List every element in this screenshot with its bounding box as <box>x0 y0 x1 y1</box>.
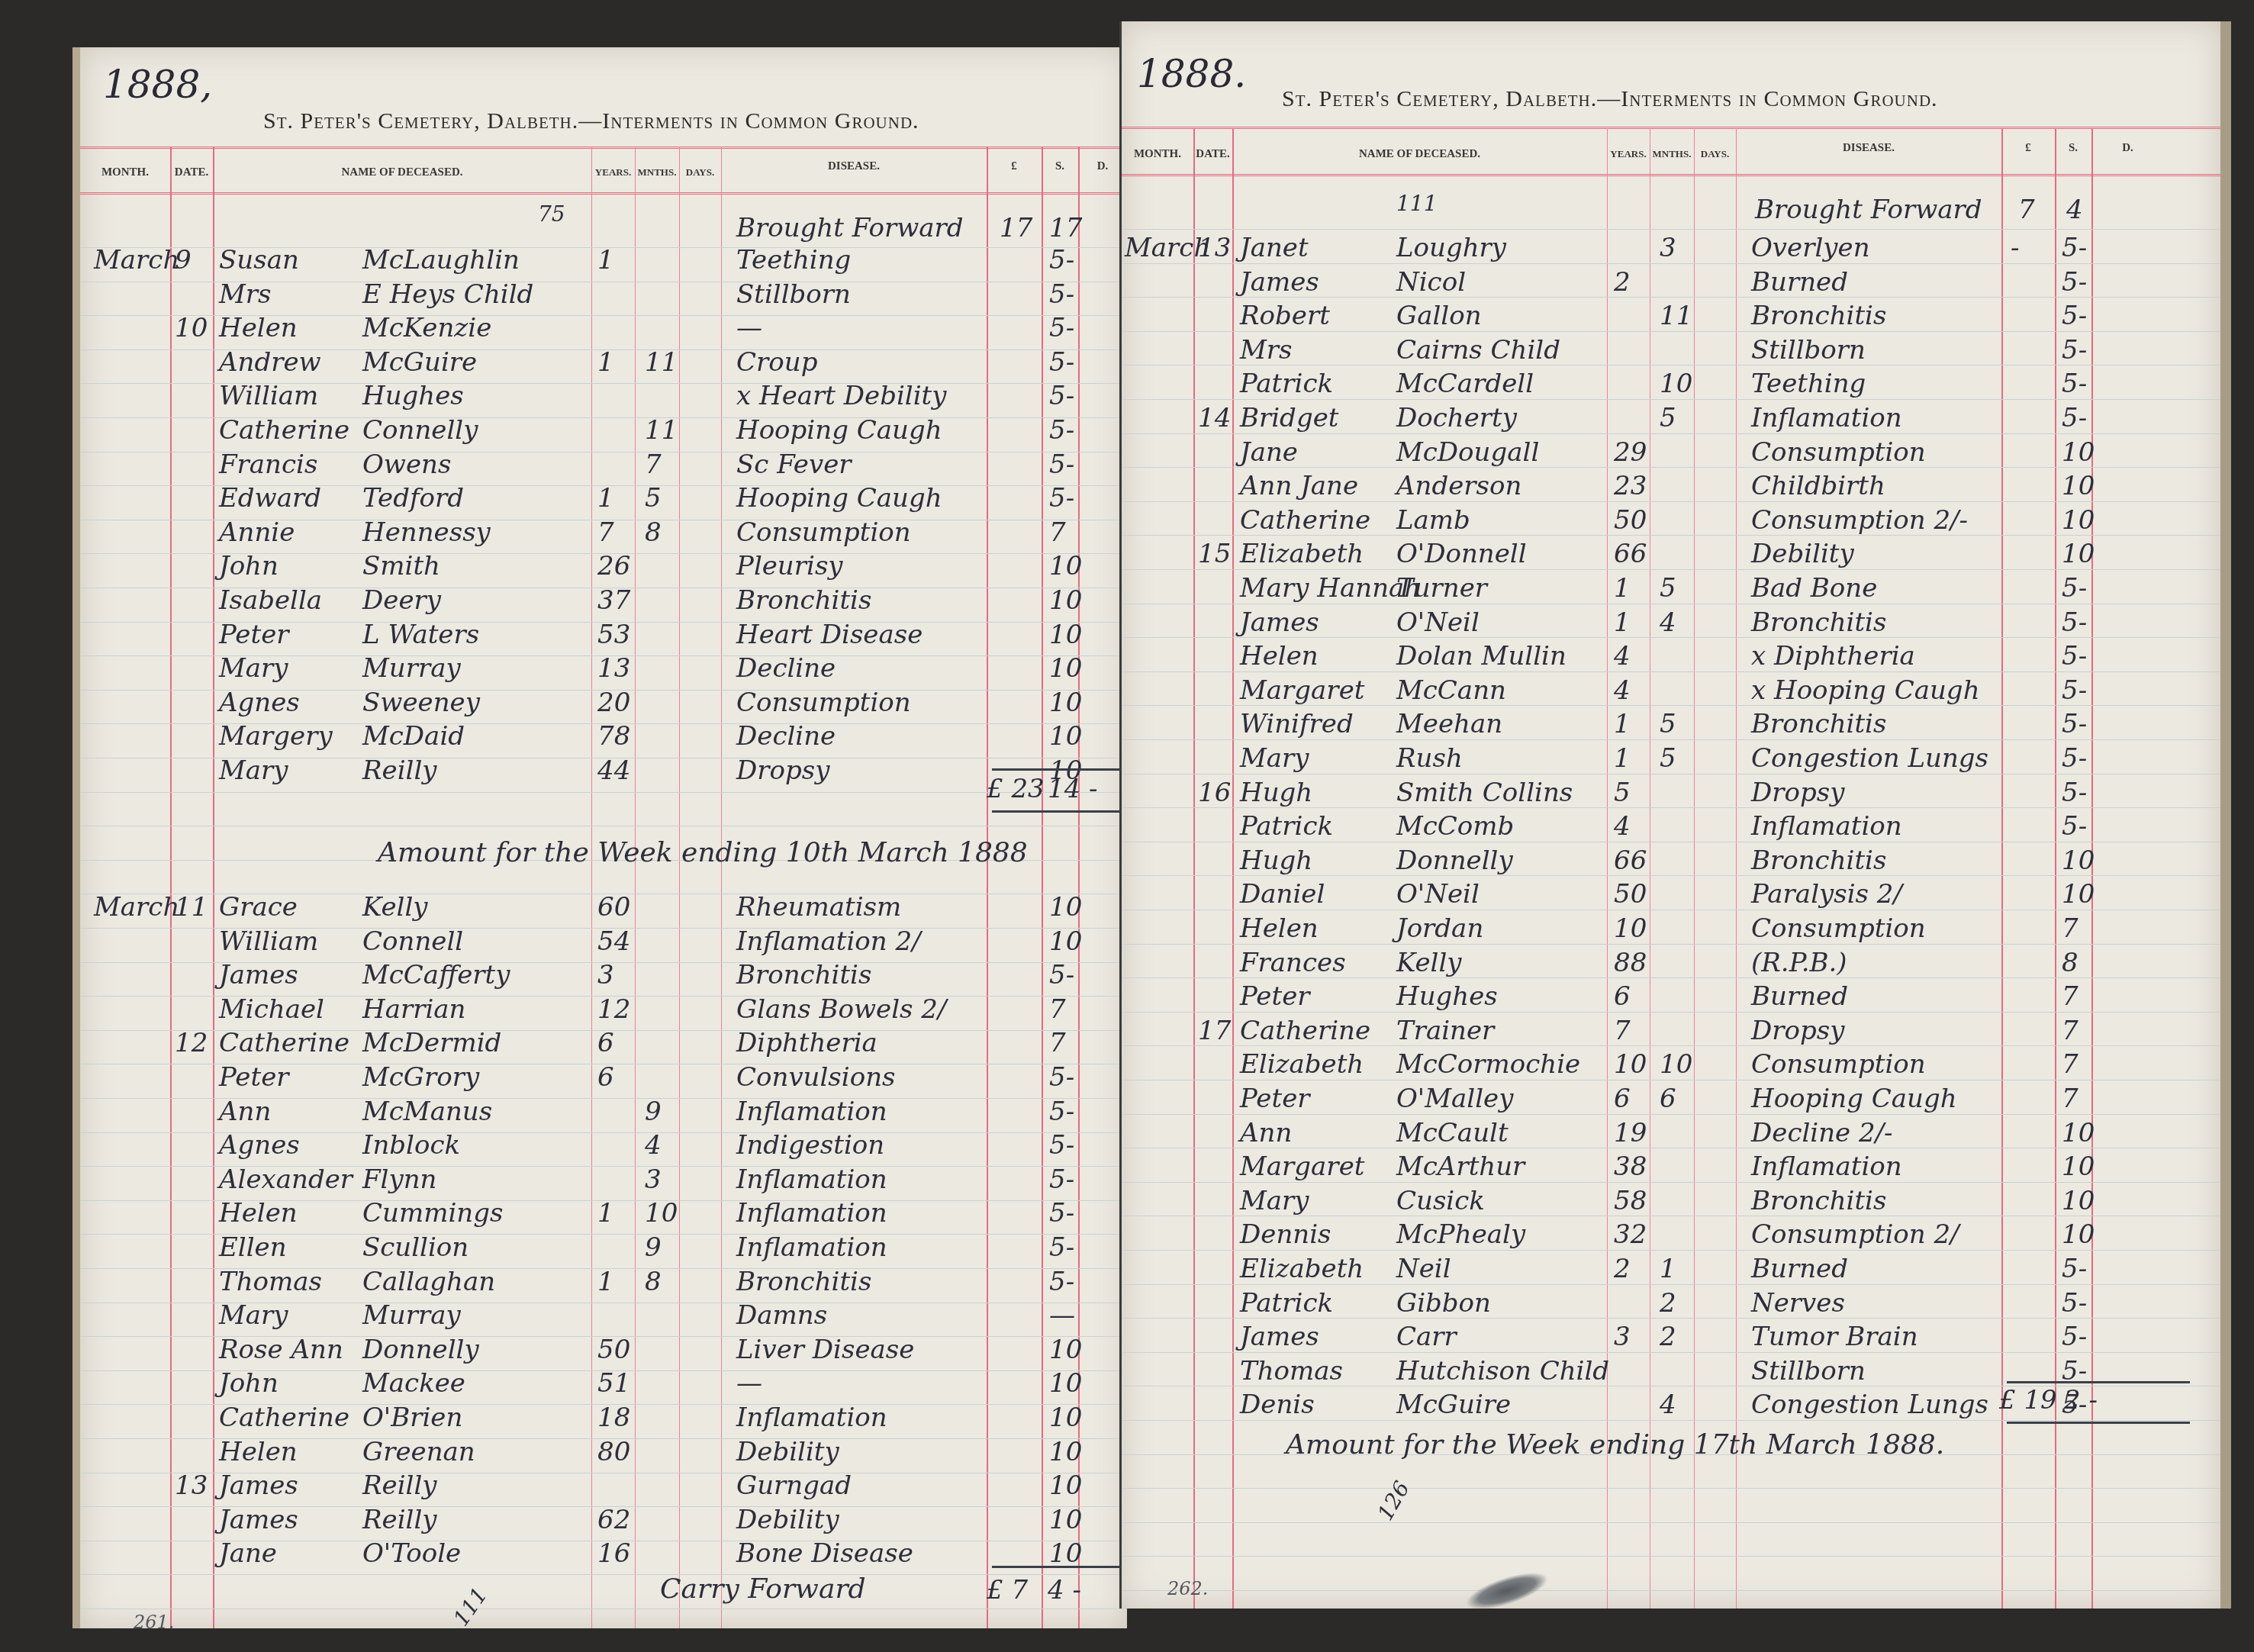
cell-years: 18 <box>597 1405 630 1431</box>
cell-years: 53 <box>597 622 630 648</box>
cell-first: Mary <box>1240 1188 1309 1214</box>
cell-last: Donnelly <box>362 1337 479 1363</box>
cell-years: 23 <box>1614 473 1647 499</box>
cell-years: 1 <box>597 349 614 375</box>
cell-first: Helen <box>1240 643 1319 669</box>
cell-disease: Consumption <box>1751 916 1926 942</box>
cell-last: Rush <box>1396 745 1463 771</box>
cell-last: Cummings <box>362 1200 503 1226</box>
cell-months: 2 <box>1660 1290 1676 1316</box>
ruled-line <box>1122 1522 2220 1523</box>
ruled-line <box>1122 739 2220 740</box>
cell-last: Harrian <box>362 997 465 1022</box>
ruled-line <box>80 1574 1127 1575</box>
cell-last: Flynn <box>362 1167 436 1193</box>
cell-shillings: 5- <box>1049 485 1074 511</box>
cell-shillings: 5- <box>2062 371 2087 397</box>
cell-disease: Tumor Brain <box>1751 1324 1918 1350</box>
cell-disease: — <box>736 1370 762 1396</box>
cell-first: Annie <box>219 520 295 546</box>
col-header-years: Years. <box>1607 148 1650 160</box>
cell-last: McPhealy <box>1396 1222 1525 1248</box>
cell-last: Kelly <box>362 894 428 920</box>
cell-years: 38 <box>1614 1154 1647 1180</box>
cell-last: McCormochie <box>1396 1051 1580 1077</box>
cell-years: 19 <box>1614 1120 1647 1146</box>
cell-date: 12 <box>175 1030 208 1056</box>
ruled-line <box>1122 910 2220 910</box>
cell-shillings: 8 <box>2062 950 2079 976</box>
column-rule <box>170 147 172 1628</box>
cell-first: William <box>219 383 318 409</box>
cell-first: James <box>219 962 298 988</box>
cell-first: Mary <box>219 758 288 784</box>
cell-last: Anderson <box>1396 473 1521 499</box>
cell-first: Janet <box>1240 235 1309 261</box>
cell-first: Agnes <box>219 690 300 716</box>
cell-disease: Burned <box>1751 1256 1848 1282</box>
cell-months: 10 <box>1660 1051 1692 1077</box>
ruled-line <box>1122 1080 2220 1080</box>
cell-disease: Convulsions <box>736 1064 896 1090</box>
cell-shillings: 10 <box>1049 894 1082 920</box>
cell-disease: Bronchitis <box>736 962 871 988</box>
cell-first: Elizabeth <box>1240 1051 1364 1077</box>
cell-first: Dennis <box>1240 1222 1331 1248</box>
cell-shillings: 10 <box>2062 881 2095 907</box>
col-header-disease: Disease. <box>721 160 987 173</box>
margin-tally: 111 <box>450 1584 491 1630</box>
cell-first: Rose Ann <box>219 1337 343 1363</box>
cell-months: 10 <box>1660 371 1692 397</box>
cell-first: William <box>219 929 318 955</box>
cell-shillings: 10 <box>2062 848 2095 874</box>
cell-shillings: 5- <box>1049 1132 1074 1158</box>
cell-months: 4 <box>1660 610 1676 636</box>
cell-first: Mrs <box>219 282 272 308</box>
cell-shillings: 5- <box>1049 1269 1074 1295</box>
cell-months: 9 <box>645 1099 662 1125</box>
cell-shillings: 7 <box>1049 520 1066 546</box>
cell-last: McCafferty <box>362 962 510 988</box>
cell-years: 6 <box>597 1030 614 1056</box>
col-header-name: Name of Deceased. <box>1232 148 1607 161</box>
col-header-shillings: s. <box>1042 160 1078 173</box>
ruled-line <box>1122 399 2220 400</box>
col-header-months: Mnths. <box>1650 148 1694 160</box>
col-header-days: Days. <box>679 166 721 179</box>
cell-last: Docherty <box>1396 405 1517 431</box>
cell-last: Hughes <box>362 383 464 409</box>
cell-months: 5 <box>1660 405 1676 431</box>
cell-last: Deery <box>362 588 441 613</box>
cell-years: 66 <box>1614 848 1647 874</box>
cell-first: Patrick <box>1240 813 1333 839</box>
carry-forward-shillings: 4 - <box>1048 1577 1081 1603</box>
week-total-note: Amount for the Week ending 17th March 18… <box>1286 1429 1944 1460</box>
cell-shillings: 5- <box>1049 1099 1074 1125</box>
cell-disease: Dropsy <box>736 758 829 784</box>
cell-shillings: 5- <box>1049 452 1074 478</box>
cell-disease: Congestion Lungs <box>1751 1392 1988 1418</box>
cell-years: 62 <box>597 1507 630 1533</box>
week-total-shillings: 14 - <box>1048 776 1098 802</box>
col-header-years: Years. <box>591 166 635 179</box>
cell-first: Helen <box>219 1439 298 1465</box>
cell-disease: Consumption 2/ <box>1751 1222 1959 1248</box>
cell-shillings: 10 <box>1049 929 1082 955</box>
cell-years: 1 <box>1614 745 1631 771</box>
cell-shillings: 5- <box>2062 1290 2087 1316</box>
cell-disease: Bronchitis <box>1751 1188 1886 1214</box>
cell-shillings: 5- <box>1049 1167 1074 1193</box>
cell-first: Helen <box>219 1200 298 1226</box>
cell-first: Denis <box>1240 1392 1315 1418</box>
ruled-line <box>1122 1250 2220 1251</box>
week-total-pounds: £ 23 <box>987 776 1045 802</box>
right-ledger-page: 1888. St. Peter's Cemetery, Dalbeth.—Int… <box>1119 21 2231 1609</box>
cell-last: Donnelly <box>1396 848 1513 874</box>
cell-last: McManus <box>362 1099 492 1125</box>
cell-disease: Teething <box>736 247 851 273</box>
cell-years: 50 <box>597 1337 630 1363</box>
cell-shillings: 5- <box>2062 610 2087 636</box>
cell-disease: Indigestion <box>736 1132 884 1158</box>
week-total-note: Amount for the Week ending 10th March 18… <box>378 837 1028 868</box>
cell-shillings: 7 <box>2062 1086 2079 1112</box>
header-rule-top <box>80 147 1127 149</box>
cell-months: 10 <box>645 1200 678 1226</box>
cell-years: 50 <box>1614 881 1647 907</box>
cell-last: O'Neil <box>1396 881 1480 907</box>
cell-years: 10 <box>1614 916 1647 942</box>
carry-forward-pounds: £ 7 <box>987 1577 1028 1603</box>
cell-first: Catherine <box>219 417 349 443</box>
cell-disease: Heart Disease <box>736 622 923 648</box>
cell-first: Francis <box>219 452 317 478</box>
cell-last: Loughry <box>1396 235 1506 261</box>
cell-first: Isabella <box>219 588 322 613</box>
cell-last: McDougall <box>1396 440 1539 465</box>
cell-shillings: 10 <box>1049 1541 1082 1567</box>
week-total-shillings: 2 - <box>2064 1387 2098 1413</box>
cell-last: O'Malley <box>1396 1086 1513 1112</box>
cell-last: O'Donnell <box>1396 541 1527 567</box>
cell-months: 3 <box>1660 235 1676 261</box>
cell-date: 13 <box>1198 235 1231 261</box>
cell-first: Catherine <box>1240 1018 1370 1044</box>
cell-shillings: 5- <box>2062 1358 2087 1384</box>
cell-disease: Liver Disease <box>736 1337 914 1363</box>
cell-first: Elizabeth <box>1240 541 1364 567</box>
cell-last: McGuire <box>1396 1392 1511 1418</box>
cell-first: Ann <box>1240 1120 1292 1146</box>
cell-years: 1 <box>597 485 614 511</box>
cell-shillings: 5- <box>1049 962 1074 988</box>
page-title: St. Peter's Cemetery, Dalbeth.—Interment… <box>1282 86 1938 112</box>
cell-date: 13 <box>175 1473 208 1499</box>
cell-disease: Teething <box>1751 371 1866 397</box>
sum-rule <box>2007 1422 2190 1424</box>
cell-first: Winifred <box>1240 711 1354 737</box>
cell-disease: Croup <box>736 349 817 375</box>
cell-months: 8 <box>645 1269 662 1295</box>
cell-date: 17 <box>1198 1018 1231 1044</box>
cell-shillings: 5- <box>1049 417 1074 443</box>
cell-first: Margaret <box>1240 1154 1364 1180</box>
cell-disease: Inflamation <box>1751 405 1902 431</box>
cell-disease: Bone Disease <box>736 1541 913 1567</box>
cell-last: McDaid <box>362 723 465 749</box>
ruled-line <box>1122 1420 2220 1421</box>
cell-last: McCardell <box>1396 371 1534 397</box>
sum-rule <box>2007 1381 2190 1383</box>
cell-date: 15 <box>1198 541 1231 567</box>
cell-disease: Decline <box>736 655 836 681</box>
col-header-date: Date. <box>1193 148 1232 161</box>
cell-shillings: 10 <box>1049 622 1082 648</box>
cell-disease: Decline <box>736 723 836 749</box>
cell-first: Daniel <box>1240 881 1325 907</box>
brought-forward-shillings: 17 <box>1049 215 1082 241</box>
cell-disease: Stillborn <box>1751 1358 1866 1384</box>
cell-first: Helen <box>219 315 298 341</box>
cell-shillings: 5- <box>2062 745 2087 771</box>
cell-disease: Rheumatism <box>736 894 901 920</box>
cell-pounds: - <box>2011 235 2020 261</box>
cell-last: Smith Collins <box>1396 780 1573 806</box>
cell-last: Nicol <box>1396 269 1466 295</box>
cell-last: Scullion <box>362 1235 469 1261</box>
cell-first: Margaret <box>1240 678 1364 704</box>
cell-shillings: 10 <box>1049 1405 1082 1431</box>
cell-disease: Hooping Caugh <box>736 417 942 443</box>
cell-disease: Stillborn <box>1751 337 1866 363</box>
cell-last: Reilly <box>362 758 437 784</box>
col-header-month: Month. <box>1122 148 1193 161</box>
cell-disease: Inflamation 2/ <box>736 929 921 955</box>
cell-first: Hugh <box>1240 780 1312 806</box>
cell-disease: — <box>736 315 762 341</box>
cell-disease: Debility <box>736 1507 839 1533</box>
cell-first: Elizabeth <box>1240 1256 1364 1282</box>
cell-first: Jane <box>1240 440 1298 465</box>
cell-last: Meehan <box>1396 711 1502 737</box>
cell-first: Susan <box>219 247 299 273</box>
cell-shillings: 10 <box>1049 1439 1082 1465</box>
cell-last: Dolan Mullin <box>1396 643 1567 669</box>
cell-disease: Inflamation <box>736 1099 887 1125</box>
cell-years: 3 <box>597 962 614 988</box>
cell-last: Jordan <box>1396 916 1483 942</box>
cell-disease: Pleurisy <box>736 553 843 579</box>
cell-first: Patrick <box>1240 371 1333 397</box>
cell-shillings: 5- <box>2062 1324 2087 1350</box>
cell-years: 7 <box>1614 1018 1631 1044</box>
cell-first: James <box>1240 269 1319 295</box>
carry-forward-label: Carry Forward <box>660 1573 866 1605</box>
cell-last: E Heys Child <box>362 282 533 308</box>
cell-disease: Debility <box>736 1439 839 1465</box>
page-number: 261. <box>134 1612 174 1633</box>
cell-last: Callaghan <box>362 1269 495 1295</box>
cell-month: March <box>94 247 179 273</box>
cell-shillings: 7 <box>2062 984 2079 1010</box>
cell-shillings: 10 <box>1049 690 1082 716</box>
cell-shillings: 5- <box>1049 282 1074 308</box>
cell-shillings: 7 <box>1049 1030 1066 1056</box>
cell-years: 1 <box>1614 575 1631 601</box>
cell-first: Ellen <box>219 1235 287 1261</box>
cell-disease: Burned <box>1751 984 1848 1010</box>
cell-shillings: 10 <box>1049 1473 1082 1499</box>
cell-disease: Glans Bowels 2/ <box>736 997 946 1022</box>
cell-years: 50 <box>1614 507 1647 533</box>
cell-first: John <box>219 553 279 579</box>
column-rule <box>635 147 636 1628</box>
cell-last: Cairns Child <box>1396 337 1560 363</box>
cell-months: 4 <box>1660 1392 1676 1418</box>
cell-last: McGuire <box>362 349 477 375</box>
cell-shillings: 5- <box>2062 575 2087 601</box>
cell-shillings: 10 <box>2062 541 2095 567</box>
cell-months: 6 <box>1660 1086 1676 1112</box>
cell-last: McCault <box>1396 1120 1509 1146</box>
cell-last: O'Toole <box>362 1541 461 1567</box>
cell-first: James <box>1240 1324 1319 1350</box>
cell-shillings: 5- <box>1049 383 1074 409</box>
cell-last: McComb <box>1396 813 1514 839</box>
cell-first: Frances <box>1240 950 1346 976</box>
cell-months: 8 <box>645 520 662 546</box>
cell-disease: Debility <box>1751 541 1854 567</box>
cell-disease: Consumption <box>736 690 911 716</box>
cell-last: Turner <box>1396 575 1487 601</box>
col-header-pence: D. <box>2091 142 2164 155</box>
margin-mark: 75 <box>538 204 565 225</box>
cell-last: Reilly <box>362 1507 437 1533</box>
col-header-disease: Disease. <box>1736 142 2001 155</box>
ruled-line <box>80 826 1127 826</box>
cell-shillings: 5- <box>2062 303 2087 329</box>
cell-first: Jane <box>219 1541 277 1567</box>
cell-months: 5 <box>1660 711 1676 737</box>
cell-years: 5 <box>1614 780 1631 806</box>
cell-shillings: 5- <box>2062 780 2087 806</box>
cell-disease: Bad Bone <box>1751 575 1877 601</box>
cell-last: Owens <box>362 452 451 478</box>
cell-disease: Stillborn <box>736 282 851 308</box>
col-header-name: Name of Deceased. <box>213 166 591 179</box>
cell-shillings: 10 <box>1049 1507 1082 1533</box>
cell-disease: Inflamation <box>1751 813 1902 839</box>
cell-first: Peter <box>219 1064 289 1090</box>
cell-first: Edward <box>219 485 321 511</box>
cell-months: 5 <box>1660 575 1676 601</box>
cell-last: McLaughlin <box>362 247 520 273</box>
sum-rule <box>992 768 1133 771</box>
cell-first: Margery <box>219 723 333 749</box>
cell-years: 58 <box>1614 1188 1647 1214</box>
cell-first: Mary Hannah <box>1240 575 1421 601</box>
ruled-line <box>1122 1488 2220 1489</box>
col-header-months: Mnths. <box>635 166 679 179</box>
cell-years: 20 <box>597 690 630 716</box>
cell-disease: (R.P.B.) <box>1751 950 1847 976</box>
cell-last: Sweeney <box>362 690 480 716</box>
page-title: St. Peter's Cemetery, Dalbeth.—Interment… <box>263 108 919 134</box>
col-header-days: Days. <box>1694 148 1736 160</box>
cell-years: 12 <box>597 997 630 1022</box>
cell-disease: Decline 2/- <box>1751 1120 1893 1146</box>
cell-shillings: 5- <box>1049 349 1074 375</box>
cell-first: Peter <box>1240 984 1310 1010</box>
cell-disease: Diphtheria <box>736 1030 877 1056</box>
cell-shillings: 5- <box>2062 813 2087 839</box>
cell-disease: Burned <box>1751 269 1848 295</box>
cell-disease: Consumption <box>1751 440 1926 465</box>
cell-last: Neil <box>1396 1256 1451 1282</box>
cell-first: James <box>219 1473 298 1499</box>
cell-month: March <box>94 894 179 920</box>
cell-disease: Bronchitis <box>736 588 871 613</box>
cell-years: 7 <box>597 520 614 546</box>
column-rule <box>213 147 214 1628</box>
cell-date: 10 <box>175 315 208 341</box>
cell-years: 4 <box>1614 678 1631 704</box>
cell-years: 1 <box>1614 610 1631 636</box>
cell-last: Inblock <box>362 1132 460 1158</box>
cell-first: Robert <box>1240 303 1330 329</box>
cell-years: 26 <box>597 553 630 579</box>
cell-shillings: 7 <box>2062 1051 2079 1077</box>
col-header-pounds: £ <box>987 160 1042 173</box>
col-header-month: Month. <box>80 166 170 179</box>
cell-disease: Bronchitis <box>1751 848 1886 874</box>
sum-rule <box>992 1566 1133 1568</box>
cell-disease: Inflamation <box>736 1167 887 1193</box>
cell-disease: Bronchitis <box>736 1269 871 1295</box>
column-rule <box>721 147 722 1628</box>
cell-shillings: 5- <box>2062 1256 2087 1282</box>
cell-last: McArthur <box>1396 1154 1525 1180</box>
margin-mark: 111 <box>1396 193 1437 214</box>
cell-months: 1 <box>1660 1256 1676 1282</box>
cell-years: 29 <box>1614 440 1647 465</box>
col-header-shillings: s. <box>2055 142 2091 155</box>
cell-disease: x Heart Debility <box>736 383 946 409</box>
cell-years: 1 <box>597 247 614 273</box>
cell-date: 14 <box>1198 405 1231 431</box>
cell-date: 16 <box>1198 780 1231 806</box>
cell-shillings: 10 <box>2062 440 2095 465</box>
cell-last: McKenzie <box>362 315 491 341</box>
cell-last: Connell <box>362 929 463 955</box>
cell-first: Thomas <box>1240 1358 1343 1384</box>
cell-shillings: 10 <box>2062 1154 2095 1180</box>
cell-shillings: 5- <box>1049 247 1074 273</box>
cell-last: Smith <box>362 553 440 579</box>
cell-years: 16 <box>597 1541 630 1567</box>
week-total-pounds: £ 19 <box>1999 1387 2057 1413</box>
cell-years: 1 <box>597 1200 614 1226</box>
cell-disease: Consumption <box>1751 1051 1926 1077</box>
cell-disease: Bronchitis <box>1751 303 1886 329</box>
cell-years: 51 <box>597 1370 630 1396</box>
cell-shillings: 5- <box>2062 678 2087 704</box>
cell-shillings: 5- <box>2062 269 2087 295</box>
cell-shillings: 10 <box>2062 1188 2095 1214</box>
